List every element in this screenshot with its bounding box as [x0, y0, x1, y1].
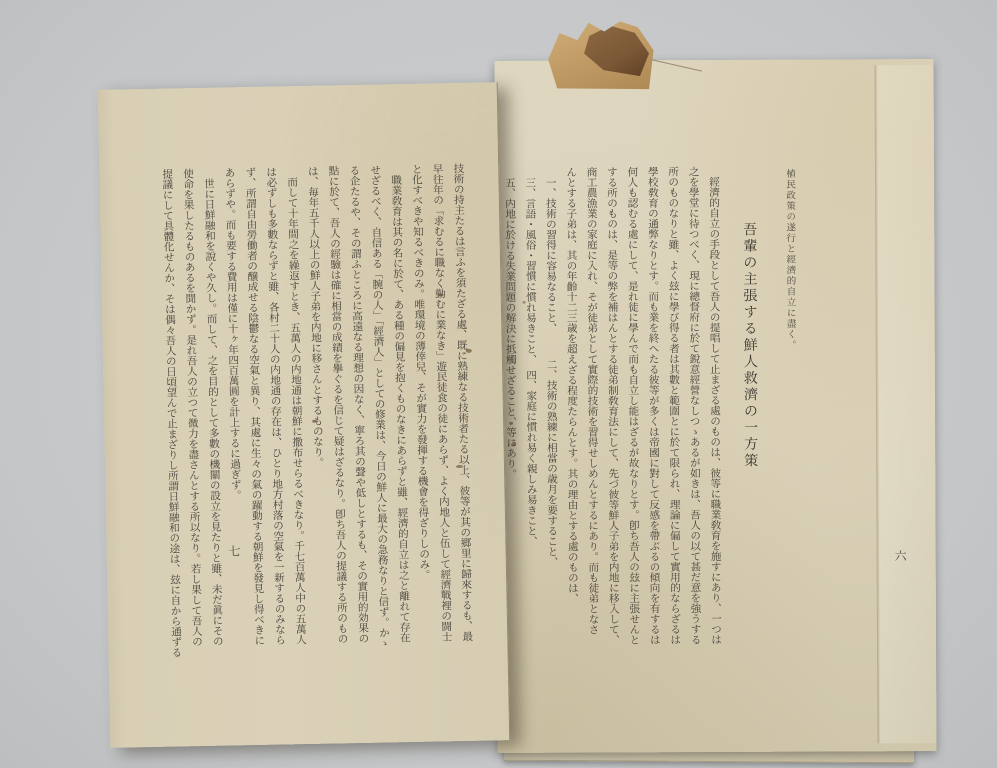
foxing-speck: [509, 422, 513, 425]
book-page-left: 技術の持主たるは言ふを須たざる處、既に熟練なる技術者たる以上、彼等が其の郷里に歸…: [98, 82, 511, 748]
text-column: する所のものは、是等の弊を補はんとする徒弟制敎育法にして、先づ彼等鮮人子弟を内地…: [602, 166, 625, 672]
left-page-text: 技術の持主たるは言ふを須たざる處、既に熟練なる技術者たる以上、彼等が其の郷里に歸…: [156, 163, 478, 677]
torn-paper-fragment: [546, 20, 658, 92]
scanned-book-photo: 植民政策の遂行と經濟的自立に盡く。 吾輩の主張する鮮人救濟の一方策 經濟的自立の…: [0, 0, 997, 768]
article-title: 吾輩の主張する鮮人救濟の一方策: [736, 166, 764, 672]
foxing-speck: [512, 442, 516, 446]
text-column: 一、技術の習得に容易なること、 二、技術の熟練に相當の歳月を要すること、: [540, 167, 563, 673]
page-number-right: 六: [895, 547, 907, 564]
top-edge-tear-mark: [645, 58, 702, 72]
text-column: んとする子弟は、其の年齡十二三歳を超えざる程度たらんとす。其の理由とする處のもの…: [561, 167, 584, 673]
text-column: 所のものなりと雖、よく玆に學び得る者は其數と範圍とに於て限られ、理論に偏して實用…: [663, 166, 686, 672]
book-page-right: 植民政策の遂行と經濟的自立に盡く。 吾輩の主張する鮮人救濟の一方策 經濟的自立の…: [494, 59, 936, 753]
right-page-text: 植民政策の遂行と經濟的自立に盡く。 吾輩の主張する鮮人救濟の一方策 經濟的自立の…: [479, 166, 798, 673]
text-column: 學校敎育の通弊なりとす。而も業を終へたる彼等が多くは帝國に對して反感を帶ぶるの傾…: [642, 166, 665, 672]
text-column: 三、言語・風俗・習慣に慣れ易きこと、 四、家庭に慣れ易く親しみ易きこと、: [520, 167, 543, 673]
page-fore-edge: [875, 65, 937, 743]
page-number-left: 七: [228, 542, 240, 559]
text-column: 之を學堂に待つべく、現に總督府に於て銳意經營なしつゝあるが如きは、吾人の以て甚だ…: [683, 166, 706, 672]
foxing-speck: [312, 420, 316, 423]
text-column: 何人も認むる處にして、是れ徒に學んで而も自立し能はざるが故なりとす。卽ち吾人の玆…: [622, 166, 645, 672]
running-header: 植民政策の遂行と經濟的自立に盡く。: [782, 166, 798, 672]
foxing-speck: [523, 301, 526, 304]
text-column: 經濟的自立の手段として吾人の提唱して止まざる處のものは、彼等に職業敎育を施すにあ…: [704, 166, 727, 672]
torn-paper-dark-area: [584, 26, 649, 76]
text-column: 商工農漁業の家庭に入れ、そが徒弟として實際的技術を習得せしめんとするにあり。而も…: [581, 166, 604, 672]
